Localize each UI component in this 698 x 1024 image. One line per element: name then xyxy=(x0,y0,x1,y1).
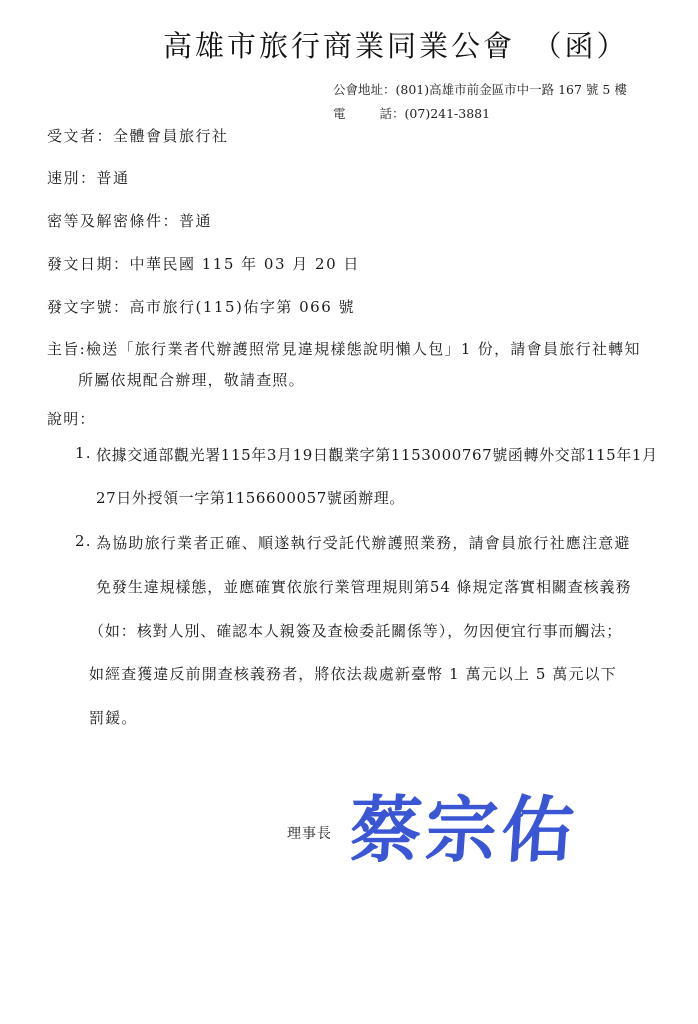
address-value: (801)高雄市前金區市中一路 167 號 5 樓 xyxy=(396,82,627,97)
phone-label-a: 電 xyxy=(333,106,346,121)
phone-value: (07)241-3881 xyxy=(405,106,491,121)
item-line: 免發生違規樣態，並應確實依旅行業管理規則第54 條規定落實相關查核義務 xyxy=(96,576,631,597)
phone-label-b: 話： xyxy=(380,106,405,121)
item-line: 為協助旅行業者正確、順遂執行受託代辦護照業務，請會員旅行社應注意避 xyxy=(96,532,631,553)
item-line: 罰鍰。 xyxy=(89,707,138,728)
association-phone: 電話：(07)241-3881 xyxy=(333,104,490,122)
item-line: 如經查獲違反前開查核義務者，將依法裁處新臺幣 1 萬元以上 5 萬元以下 xyxy=(89,663,617,684)
item-line: 依據交通部觀光署115年3月19日觀業字第1153000767號函轉外交部115… xyxy=(96,444,658,465)
association-address: 公會地址：(801)高雄市前金區市中一路 167 號 5 樓 xyxy=(333,80,627,98)
speed-field: 速別：普通 xyxy=(47,167,130,188)
document-title: 高雄市旅行商業同業公會 （函） xyxy=(163,24,629,65)
item-line: 27日外授領一字第1156600057號函辦理。 xyxy=(96,487,405,508)
chairman-title: 理事長 xyxy=(287,823,332,843)
subject-line-2: 所屬依規配合辦理，敬請查照。 xyxy=(78,369,305,390)
item-line: （如：核對人別、確認本人親簽及查檢委託關係等），勿因便宜行事而觸法； xyxy=(89,620,622,641)
chairman-signature-stamp: 蔡宗佑 xyxy=(346,772,581,876)
address-label: 公會地址： xyxy=(333,82,396,97)
issue-date-field: 發文日期：中華民國 115 年 03 月 20 日 xyxy=(47,253,360,274)
document-number-field: 發文字號：高市旅行(115)佑字第 066 號 xyxy=(47,296,355,317)
subject-line-1: 主旨:檢送「旅行業者代辦護照常見違規樣態說明懶人包」1 份，請會員旅行社轉知 xyxy=(47,338,641,359)
explanation-heading: 說明： xyxy=(47,408,96,429)
recipient-field: 受文者：全體會員旅行社 xyxy=(47,125,229,146)
item-number: 2. xyxy=(75,532,92,550)
item-number: 1. xyxy=(75,444,92,462)
secrecy-field: 密等及解密條件：普通 xyxy=(47,210,212,231)
